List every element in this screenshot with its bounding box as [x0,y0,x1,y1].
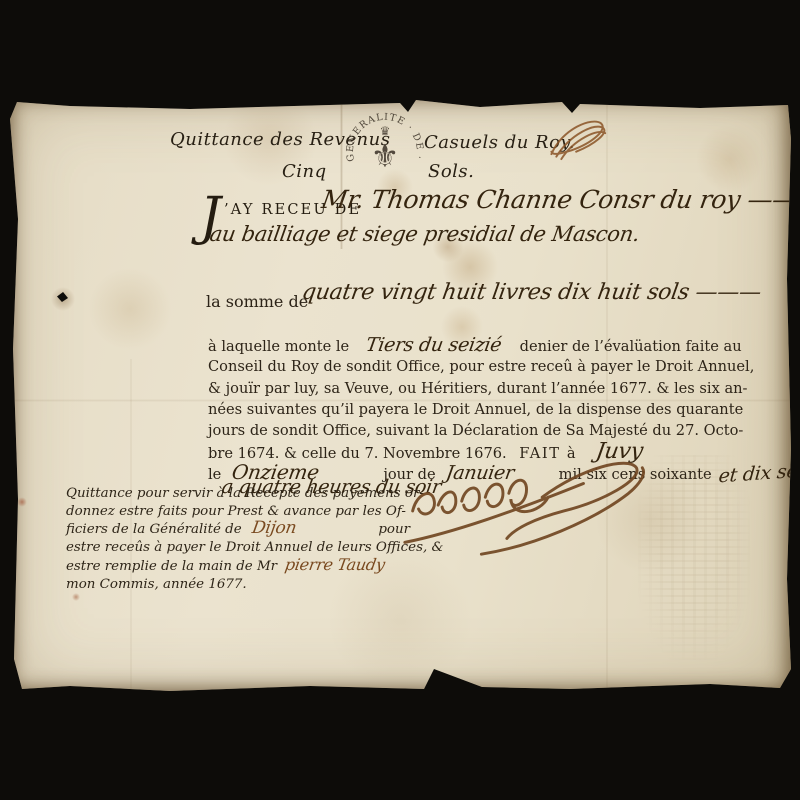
body-line-1: à laquelle monte le Tiers du seizié deni… [208,335,742,357]
footnote-line-2-text: donnez estre faits pour Prest & avance p… [66,503,406,521]
footnote-line-6: mon Commis, année 1677. [66,576,410,594]
footnote-line-3: ficiers de la Généralité de Dijon pour [66,520,410,539]
clerk-name-handwriting: pierre Taudy [284,556,386,574]
footnote-line-4: estre receûs à payer le Droit Annuel de … [66,539,410,557]
footnote-block: Quittance pour servir à la Recepte des p… [66,485,410,594]
paper-hole [57,292,68,302]
footnote-line-2: donnez estre faits pour Prest & avance p… [66,503,410,521]
generalite-handwriting: Dijon [250,520,297,538]
ink-flourish [544,113,612,165]
signature: Serres [395,449,660,569]
body-line-2: Conseil du Roy de sondit Office, pour es… [208,356,754,377]
footnote-line-1: Quittance pour servir à la Recepte des p… [66,485,410,503]
body-line-5: jours de sondit Office, suivant la Décla… [208,420,743,441]
payer-name-handwriting: Mr. Thomas Channe Consr du roy ——— [320,185,800,214]
stamp-crown-icon: ♛ [380,124,391,138]
generalite-de-paris-stamp: GENERALITE · DE · PARIS ♛ ⚜ [342,105,428,191]
body-line-1-printed-b: denier de l’évalüation faite au [520,338,742,355]
footnote-line-3-printed: ficiers de la Généralité de [66,521,242,539]
footnote-line-1-text: Quittance pour servir à la Recepte des p… [66,485,424,503]
footnote-line-5: estre remplie de la main de Mr pierre Ta… [66,556,410,576]
body-line-1-printed-a: à laquelle monte le [208,338,349,355]
header-fee-unit: Sols. [428,161,474,182]
payer-title-handwriting: au bailliage et siege presidial de Masco… [208,222,641,246]
document-paper: Quittance des Revenus Casuels du Roy. Ci… [10,99,791,692]
body-line-4: nées suivantes qu’il payera le Droit Ann… [208,399,743,420]
valuation-rate-handwriting: Tiers du seizié [364,335,503,356]
date-le-label: le [208,466,221,483]
footnote-line-6-text: mon Commis, année 1677. [66,576,247,594]
body-line-3: & jouïr par luy, sa Veuve, ou Héritiers,… [208,378,747,399]
scan-background: Quittance des Revenus Casuels du Roy. Ci… [0,0,800,800]
fleur-de-lis-icon: ⚜ [371,137,400,175]
sum-handwriting: quatre vingt huit livres dix huit sols —… [300,280,763,305]
sum-label: la somme de [206,292,308,311]
header-fee-word: Cinq [282,161,327,182]
footnote-line-5-printed: estre remplie de la main de Mr [66,558,277,576]
footnote-line-4-text: estre receûs à payer le Droit Annuel de … [66,539,443,557]
verso-show-through [638,455,750,660]
